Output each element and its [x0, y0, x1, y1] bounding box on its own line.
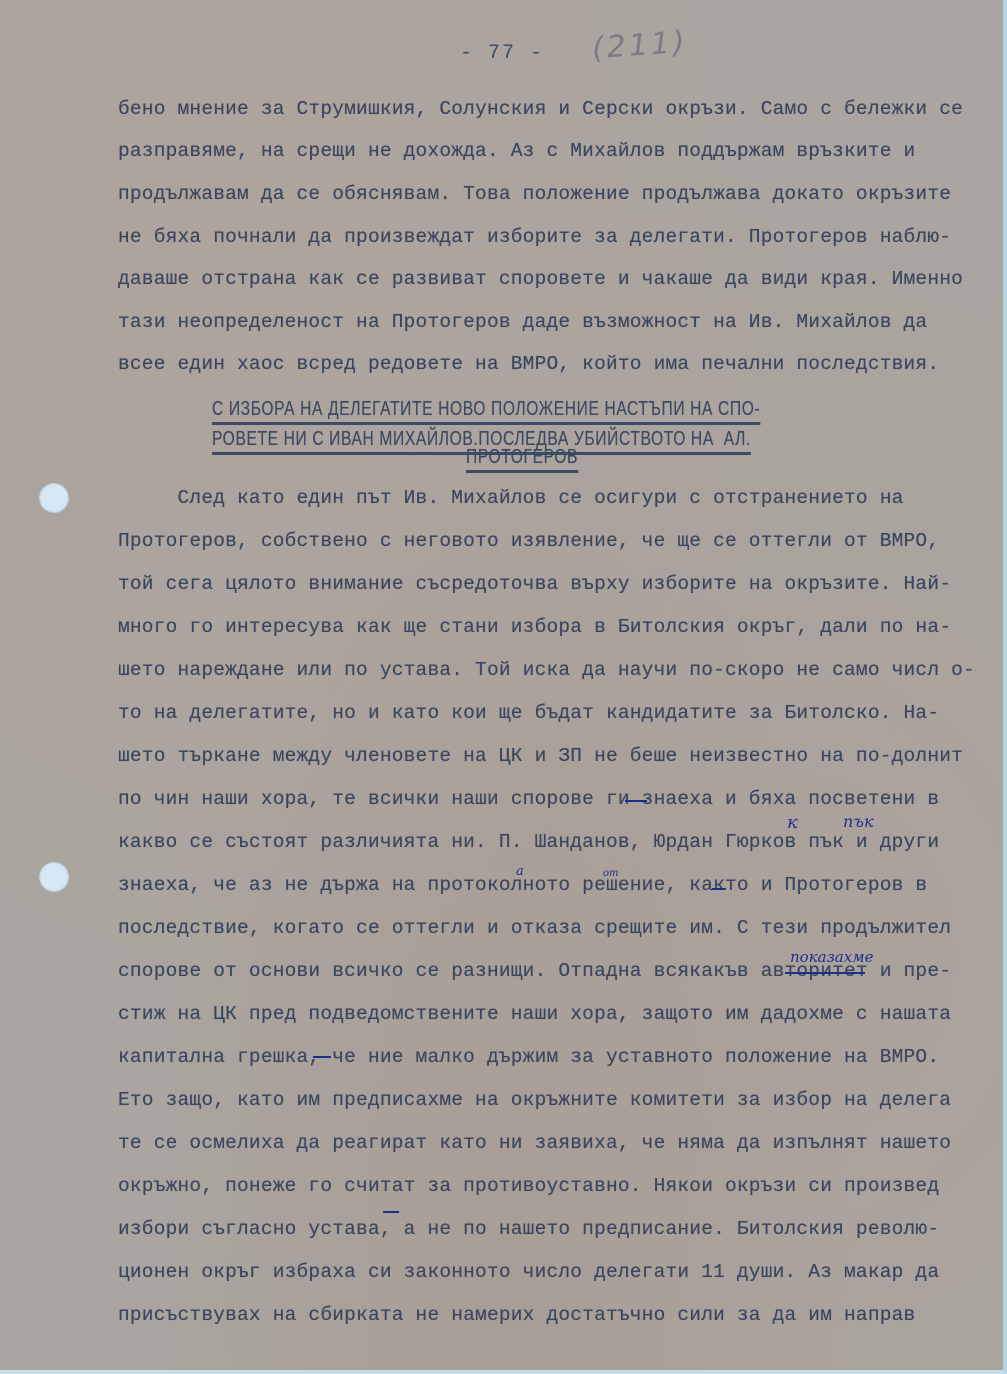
- text-line: продължавам да се обяснявам. Това положе…: [118, 183, 951, 205]
- text-line: ционен окръг избраха си законното число …: [118, 1261, 939, 1283]
- text-line: всее един хаос всред редовете на ВМРО, к…: [118, 353, 939, 375]
- heading-line: ПРОТОГЕРОВ: [466, 446, 578, 473]
- document-page: - 77 - (211) бено мнение за Струмишкия, …: [0, 0, 1007, 1374]
- text-line: избори съгласно устава, а не по нашето п…: [118, 1218, 939, 1240]
- archive-number-pencil: (211): [591, 25, 689, 67]
- text-line: тази неопределеност на Протогеров даде в…: [118, 311, 927, 333]
- punch-hole-bottom: [39, 862, 69, 892]
- strikethrough-mark: [313, 1056, 331, 1058]
- text-line: разправяме, на срещи не дохожда. Аз с Ми…: [118, 140, 915, 162]
- text-line: капитална грешка, че ние малко държим за…: [118, 1046, 939, 1068]
- heading-line: С ИЗБОРА НА ДЕЛЕГАТИТЕ НОВО ПОЛОЖЕНИЕ НА…: [212, 398, 760, 425]
- text-line: стиж на ЦК пред подведомствените наши хо…: [118, 1003, 951, 1025]
- strikethrough-mark: [383, 1211, 399, 1213]
- text-line: Протогеров, собствено с неговото изявлен…: [118, 530, 939, 552]
- text-line: по чин наши хора, те всички наши спорове…: [118, 788, 939, 810]
- punch-hole-top: [39, 483, 69, 513]
- text-line: След като един път Ив. Михайлов се осигу…: [118, 487, 904, 509]
- strikethrough-mark: [712, 888, 726, 890]
- text-line: присъствувах на сбирката не намерих дост…: [118, 1304, 915, 1326]
- text-line: какво се състоят различията ни. П. Шанда…: [118, 831, 939, 853]
- strikethrough-mark: [625, 800, 647, 802]
- handwritten-correction-pak: пък: [843, 812, 874, 831]
- text-line: бено мнение за Струмишкия, Солунския и С…: [118, 98, 963, 120]
- text-line: шето нареждане или по устава. Той иска д…: [118, 659, 975, 681]
- page-number: - 77 -: [460, 42, 544, 65]
- text-line: много го интересува как ще стани избора …: [118, 616, 951, 638]
- text-line: то на делегатите, но и като кои ще бъдат…: [118, 702, 939, 724]
- text-line: окръжно, понеже го считат за противоуста…: [118, 1175, 939, 1197]
- text-line: последствие, когато се оттегли и отказа …: [118, 917, 951, 939]
- handwritten-correction-showed: показахме: [790, 948, 874, 966]
- text-line: не бяха почнали да произвеждат изборите …: [118, 226, 951, 248]
- handwritten-correction-ot: от: [603, 868, 619, 879]
- text-line: даваше отстрана как се развиват споровет…: [118, 268, 963, 290]
- strikethrough-mark: [785, 972, 865, 974]
- text-line: те се осмелиха да реагират като ни заяви…: [118, 1132, 951, 1154]
- handwritten-correction-a: а: [516, 864, 524, 879]
- text-line: шето търкане между членовете на ЦК и ЗП …: [118, 745, 963, 767]
- text-line: Ето защо, като им предписахме на окръжни…: [118, 1089, 951, 1111]
- handwritten-correction-k: к: [787, 812, 798, 833]
- text-line: той сега цялото внимание съсредоточва въ…: [118, 573, 951, 595]
